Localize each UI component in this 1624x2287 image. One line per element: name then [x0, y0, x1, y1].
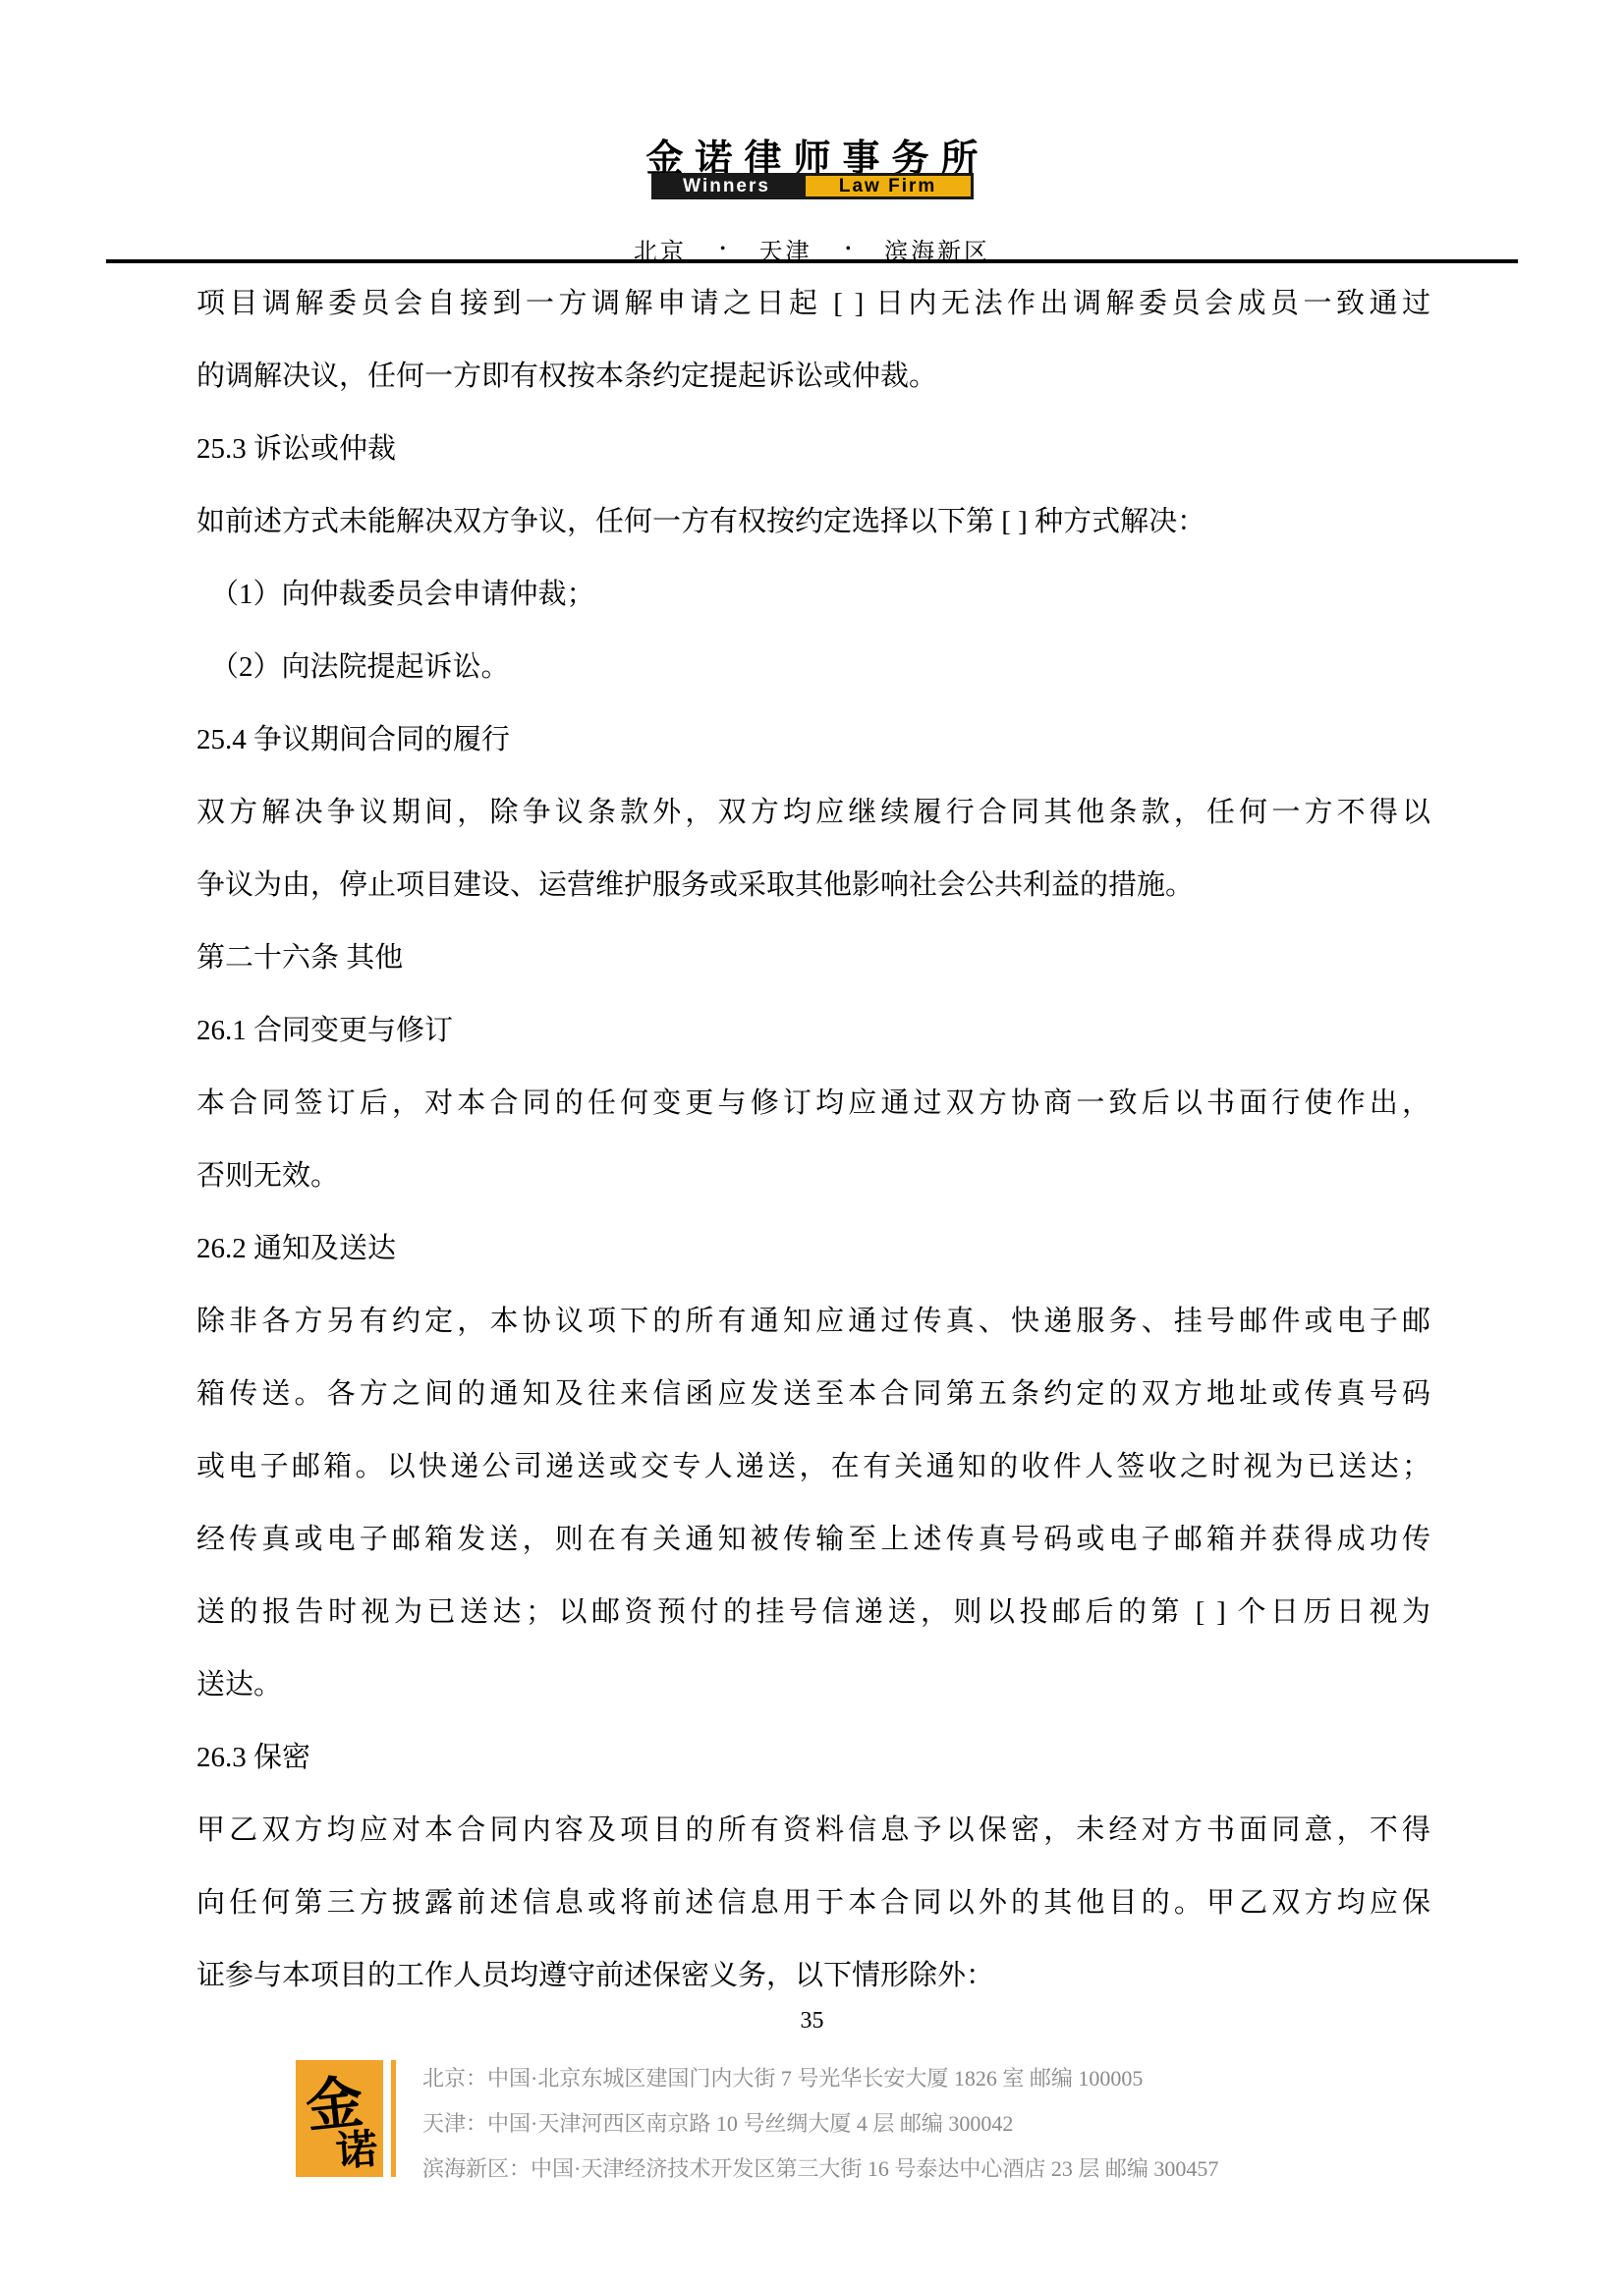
footer-logo-divider — [391, 2060, 396, 2177]
body-line: 双方解决争议期间，除争议条款外，双方均应继续履行合同其他条款，任何一方不得以 — [196, 776, 1430, 849]
bullet-separator: • — [846, 241, 852, 258]
body-line: 经传真或电子邮箱发送，则在有关通知被传输至上述传真号码或电子邮箱并获得成功传 — [196, 1503, 1430, 1576]
body-line: 项目调解委员会自接到一方调解申请之日起 [ ] 日内无法作出调解委员会成员一致通… — [196, 267, 1430, 340]
clause-heading-26-2: 26.2 通知及送达 — [196, 1212, 1430, 1285]
body-line: 否则无效。 — [196, 1140, 1430, 1212]
address-binhai: 滨海新区：中国·天津经济技术开发区第三大街 16 号泰达中心酒店 23 层 邮编… — [422, 2147, 1218, 2192]
body-line: 除非各方另有约定，本协议项下的所有通知应通过传真、快递服务、挂号邮件或电子邮 — [196, 1285, 1430, 1358]
list-item-1: （1）向仲裁委员会申请仲裁； — [196, 558, 1430, 631]
body-line: 送达。 — [196, 1648, 1430, 1721]
body-line: 如前述方式未能解决双方争议，任何一方有权按约定选择以下第 [ ] 种方式解决： — [196, 485, 1430, 558]
clause-heading-26-3: 26.3 保密 — [196, 1721, 1430, 1794]
list-item-2: （2）向法院提起诉讼。 — [196, 631, 1430, 703]
body-line: 争议为由，停止项目建设、运营维护服务或采取其他影响社会公共利益的措施。 — [196, 849, 1430, 921]
address-tianjin: 天津：中国·天津河西区南京路 10 号丝绸大厦 4 层 邮编 300042 — [422, 2101, 1218, 2147]
address-beijing: 北京：中国·北京东城区建国门内大街 7 号光华长安大厦 1826 室 邮编 10… — [422, 2056, 1218, 2101]
body-line: 的调解决议，任何一方即有权按本条约定提起诉讼或仲裁。 — [196, 340, 1430, 413]
body-line: 本合同签订后，对本合同的任何变更与修订均应通过双方协商一致后以书面行使作出， — [196, 1067, 1430, 1140]
bullet-separator: • — [720, 241, 726, 258]
body-line: 送的报告时视为已送达；以邮资预付的挂号信递送，则以投邮后的第 [ ] 个日历日视… — [196, 1576, 1430, 1648]
body-line: 或电子邮箱。以快递公司递送或交专人递送，在有关通知的收件人签收之时视为已送达； — [196, 1430, 1430, 1503]
clause-heading-25-3: 25.3 诉讼或仲裁 — [196, 413, 1430, 485]
page-number: 35 — [0, 2008, 1624, 2035]
clause-heading-25-4: 25.4 争议期间合同的履行 — [196, 703, 1430, 776]
body-line: 甲乙双方均应对本合同内容及项目的所有资料信息予以保密，未经对方书面同意，不得 — [196, 1794, 1430, 1867]
footer-logo-char-nuo: 诺 — [334, 2117, 379, 2177]
footer-logo: 金 诺 — [296, 2060, 383, 2177]
contract-body: 项目调解委员会自接到一方调解申请之日起 [ ] 日内无法作出调解委员会成员一致通… — [196, 267, 1430, 2012]
body-line: 证参与本项目的工作人员均遵守前述保密义务，以下情形除外： — [196, 1939, 1430, 2012]
contract-page: 金诺律师事务所 Winners Law Firm 北京 • 天津 • 滨海新区 … — [0, 0, 1624, 2287]
clause-heading-26-1: 26.1 合同变更与修订 — [196, 994, 1430, 1067]
brand-bar: Winners Law Firm — [651, 173, 974, 199]
brand-lawfirm-label: Law Firm — [803, 173, 974, 199]
body-line: 向任何第三方披露前述信息或将前述信息用于本合同以外的其他目的。甲乙双方均应保 — [196, 1867, 1430, 1939]
header-rule — [106, 259, 1518, 263]
footer-addresses: 北京：中国·北京东城区建国门内大街 7 号光华长安大厦 1826 室 邮编 10… — [422, 2056, 1218, 2192]
brand-winners-label: Winners — [651, 173, 803, 199]
body-line: 箱传送。各方之间的通知及往来信函应发送至本合同第五条约定的双方地址或传真号码 — [196, 1358, 1430, 1430]
article-heading-26: 第二十六条 其他 — [196, 921, 1430, 994]
